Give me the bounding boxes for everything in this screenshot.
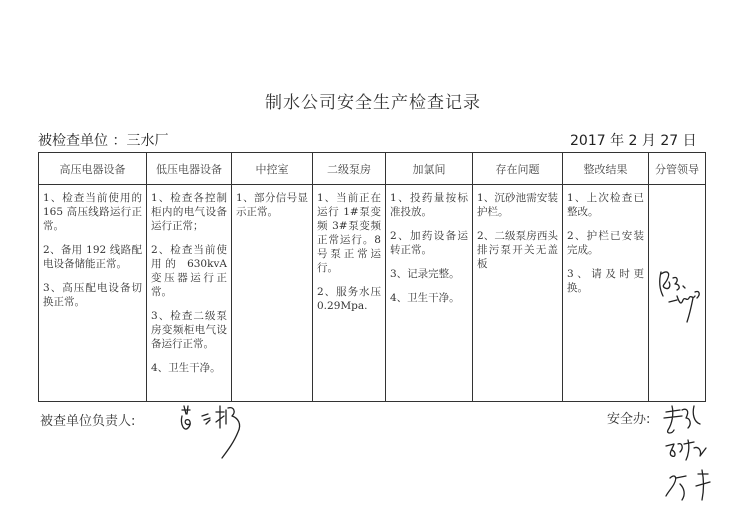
list-item: 2、备用 192 线路配电设备储能正常。 — [43, 243, 142, 271]
header-central-control: 中控室 — [232, 153, 313, 185]
list-item: 1、检查当前使用的 165 高压线路运行正常。 — [43, 191, 142, 233]
list-item: 1、当前正在运行 1#泵变频 3#泵变频正常运行。8 号泵正常运行。 — [317, 191, 381, 275]
safety-office-signatures — [660, 404, 730, 504]
list-item: 1、检查各控制柜内的电气设备运行正常； — [151, 191, 227, 233]
document-title: 制水公司安全生产检查记录 — [0, 88, 746, 113]
list-item: 4、卫生干净。 — [151, 361, 227, 375]
list-item: 2、二级泵房西头排污泵开关无盖板 — [477, 229, 558, 271]
inspection-date: 2017 年 2 月 27 日 — [570, 130, 697, 150]
inspection-table: 高压电器设备 低压电器设备 中控室 二级泵房 加氯间 存在问题 整改结果 分管领… — [38, 152, 706, 402]
list-item: 1、上次检查已整改。 — [567, 191, 644, 219]
header-rectification: 整改结果 — [563, 153, 649, 185]
cell-secondary-pump: 1、当前正在运行 1#泵变频 3#泵变频正常运行。8 号泵正常运行。 2、服务水… — [313, 185, 386, 402]
safety-office-label: 安全办: — [607, 412, 650, 427]
header-issues: 存在问题 — [473, 153, 563, 185]
list-item: 2、检查当前使用的 630kvA 变压器运行正常。 — [151, 243, 227, 299]
safety-office: 安全办: — [607, 408, 650, 427]
header-chlorination: 加氯间 — [386, 153, 473, 185]
table-header-row: 高压电器设备 低压电器设备 中控室 二级泵房 加氯间 存在问题 整改结果 分管领… — [39, 153, 706, 185]
list-item: 3、记录完整。 — [390, 267, 468, 281]
inspected-unit-label: 被检查单位 ： — [38, 133, 126, 149]
list-item: 1、投药量按标准投放。 — [390, 191, 468, 219]
table-row: 1、检查当前使用的 165 高压线路运行正常。 2、备用 192 线路配电设备储… — [39, 185, 706, 402]
header-supervisor: 分管领导 — [649, 153, 706, 185]
inspected-unit: 被检查单位 ：三水厂 — [38, 130, 168, 150]
list-item: 4、卫生干净。 — [390, 291, 468, 305]
responsible-signature — [178, 402, 258, 462]
cell-issues: 1、沉砂池需安装护栏。 2、二级泵房西头排污泵开关无盖板 — [473, 185, 563, 402]
list-item: 1、沉砂池需安装护栏。 — [477, 191, 558, 219]
list-item: 2、加药设备运转正常。 — [390, 229, 468, 257]
header-high-voltage: 高压电器设备 — [39, 153, 147, 185]
header-secondary-pump: 二级泵房 — [313, 153, 386, 185]
responsible-label: 被查单位负责人: — [40, 414, 135, 429]
list-item: 3、检查二级泵房变频柜电气设备运行正常。 — [151, 309, 227, 351]
responsible-person: 被查单位负责人: — [40, 410, 135, 429]
header-low-voltage: 低压电器设备 — [147, 153, 232, 185]
cell-low-voltage: 1、检查各控制柜内的电气设备运行正常； 2、检查当前使用的 630kvA 变压器… — [147, 185, 232, 402]
cell-high-voltage: 1、检查当前使用的 165 高压线路运行正常。 2、备用 192 线路配电设备储… — [39, 185, 147, 402]
inspected-unit-value: 三水厂 — [126, 133, 168, 149]
list-item: 3、高压配电设备切换正常。 — [43, 281, 142, 309]
supervisor-signature — [655, 262, 705, 332]
list-item: 3、请及时更换。 — [567, 267, 644, 295]
cell-chlorination: 1、投药量按标准投放。 2、加药设备运转正常。 3、记录完整。 4、卫生干净。 — [386, 185, 473, 402]
cell-central-control: 1、部分信号显示正常。 — [232, 185, 313, 402]
list-item: 2、服务水压 0.29Mpa. — [317, 285, 381, 313]
list-item: 1、部分信号显示正常。 — [236, 191, 308, 219]
list-item: 2、护栏已安装完成。 — [567, 229, 644, 257]
cell-rectification: 1、上次检查已整改。 2、护栏已安装完成。 3、请及时更换。 — [563, 185, 649, 402]
